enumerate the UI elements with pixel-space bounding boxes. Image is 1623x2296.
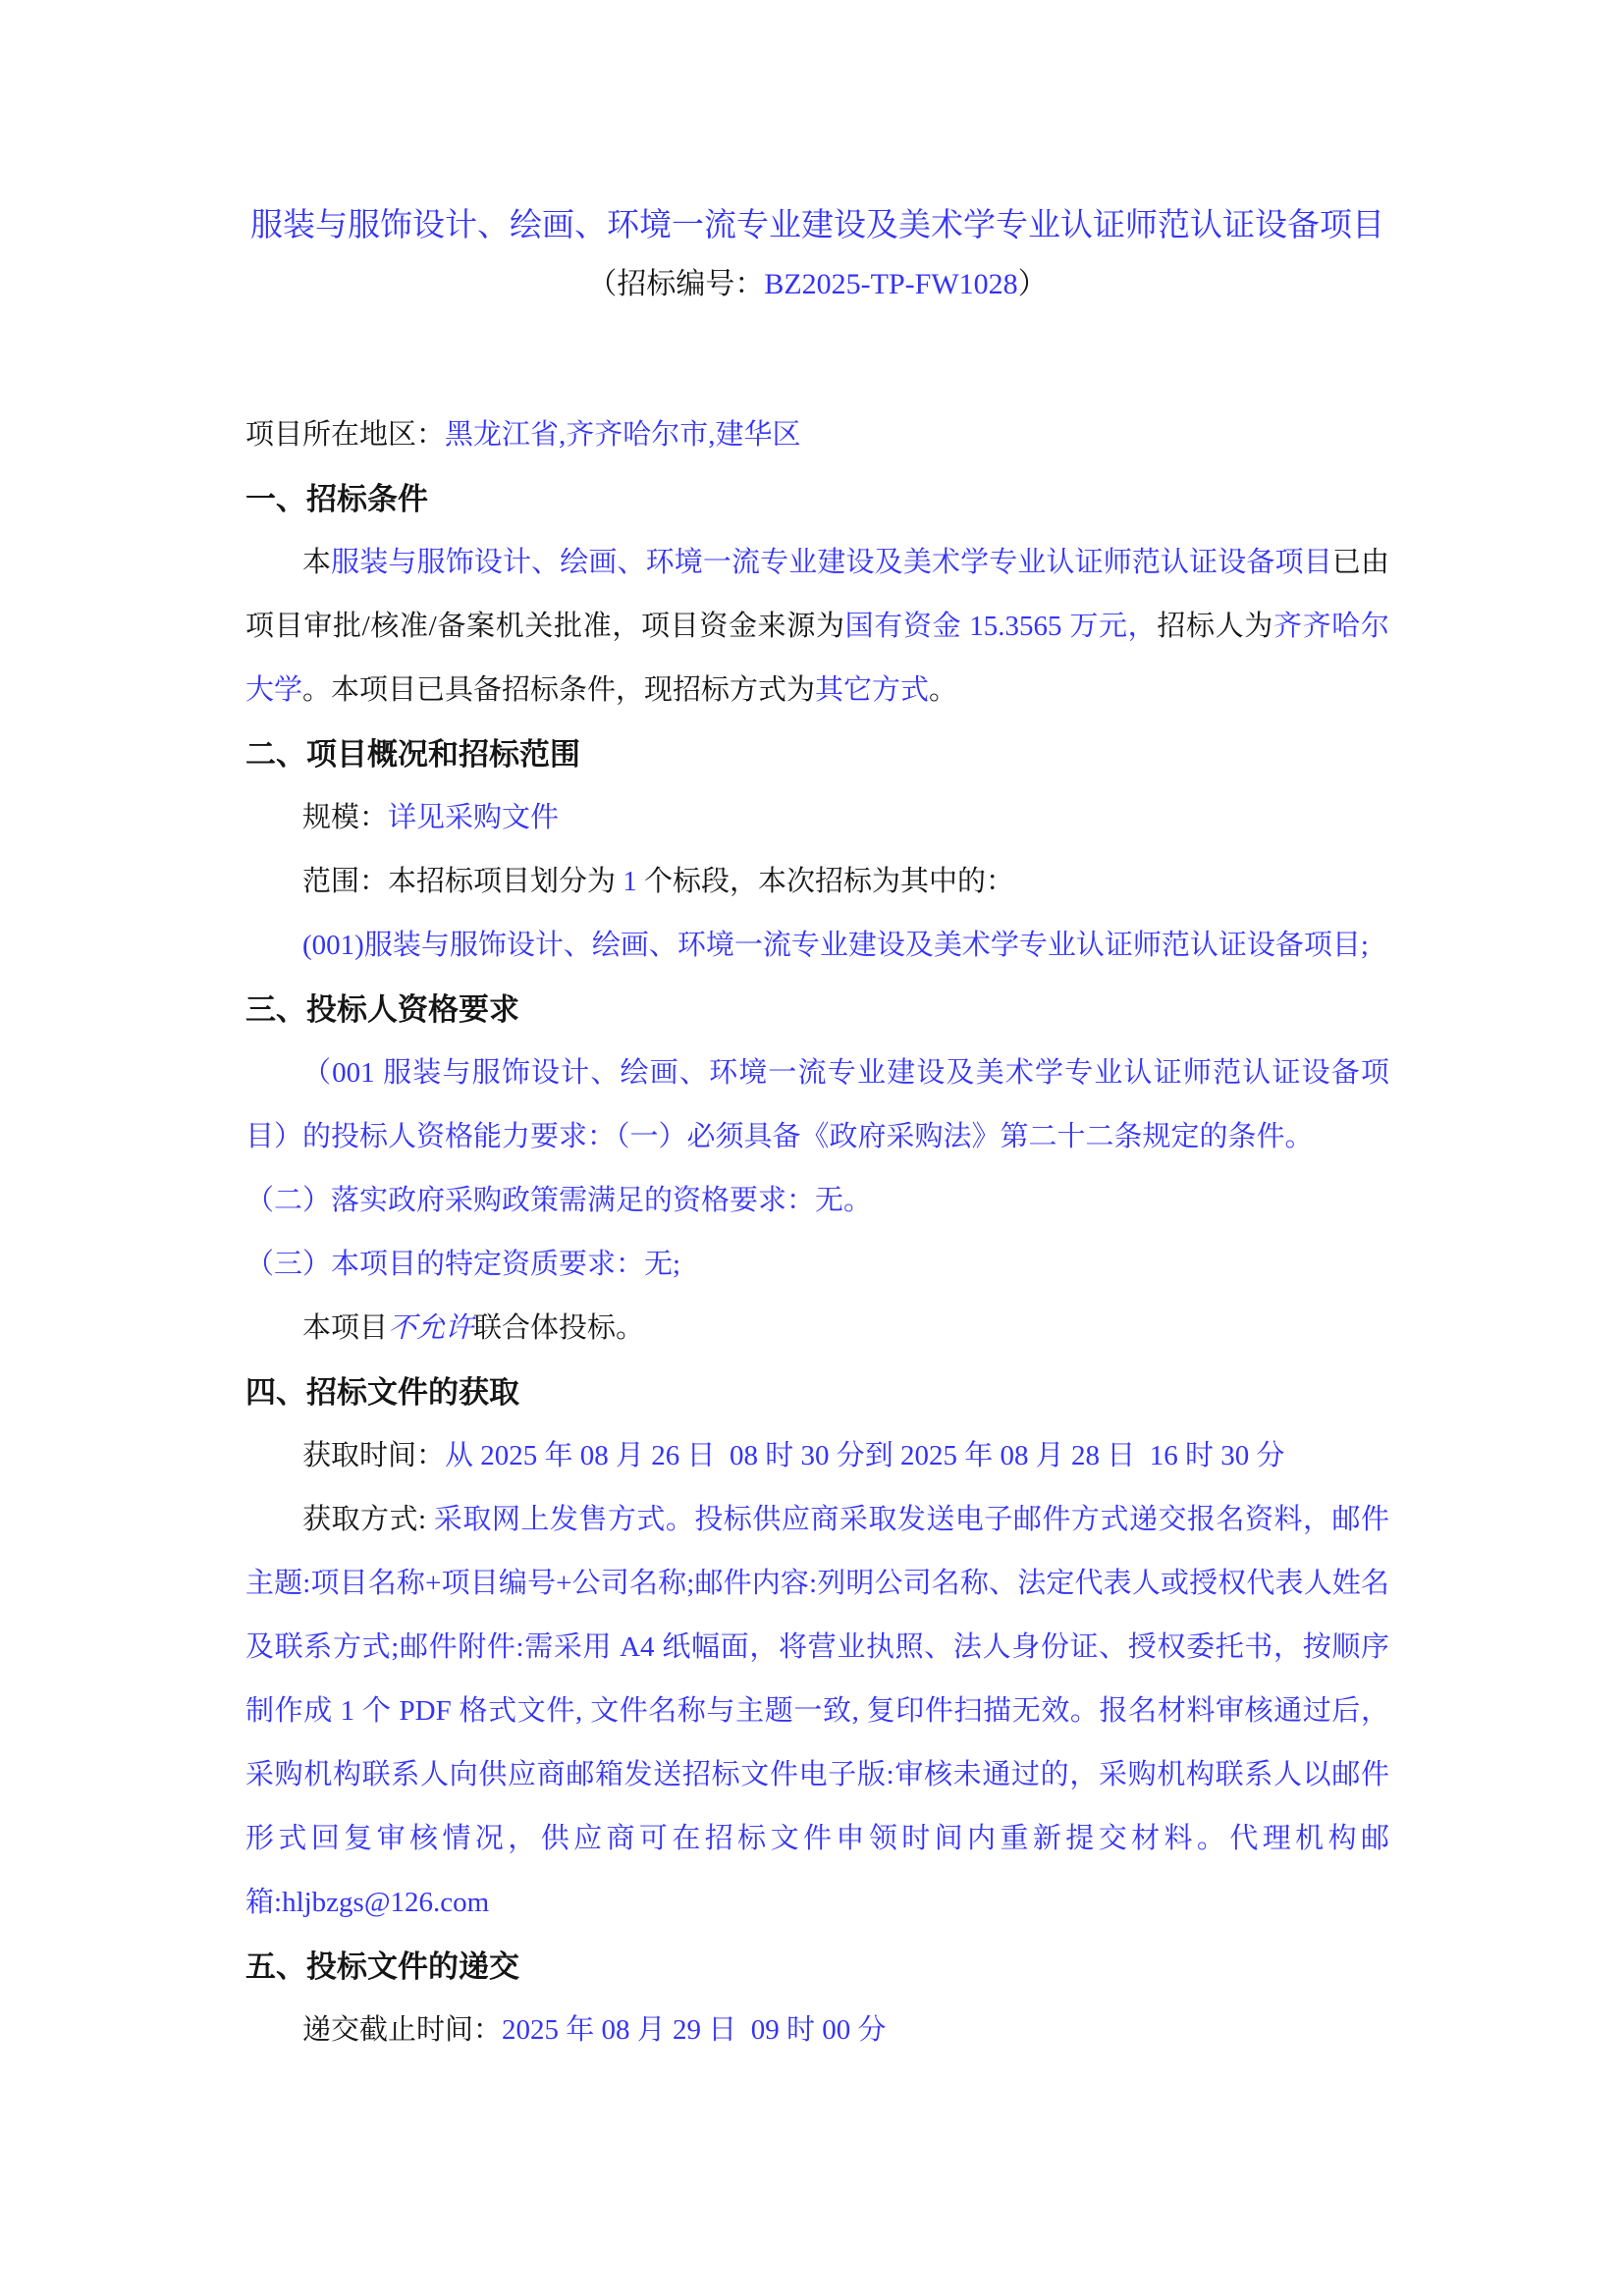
qualification-item-2-line: （二）落实政府采购政策需满足的资格要求：无。 bbox=[245, 1169, 1389, 1233]
obtain-time-line: 获取时间：从 2025 年 08 月 26 日 08 时 30 分到 2025 … bbox=[245, 1424, 1389, 1488]
section-2-heading-segment: 二、项目概况和招标范围 bbox=[245, 737, 580, 772]
submission-deadline-line-segment: 2025 年 08 月 29 日 09 时 00 分 bbox=[502, 2014, 887, 2046]
qualification-requirement-paragraph-segment: （001 服装与服饰设计、绘画、环境一流专业建设及美术学专业认证师范认证设备项目… bbox=[245, 1057, 1389, 1152]
scope-line-segment: 1 bbox=[622, 866, 637, 897]
tender-conditions-paragraph-segment: 其它方式 bbox=[815, 674, 929, 706]
section-3-heading: 三、投标人资格要求 bbox=[245, 978, 1389, 1041]
section-2-heading: 二、项目概况和招标范围 bbox=[245, 722, 1389, 786]
section-1-heading-segment: 一、招标条件 bbox=[245, 482, 428, 516]
lot-001-line-segment: (001)服装与服饰设计、绘画、环境一流专业建设及美术学专业认证师范认证设备项目… bbox=[302, 930, 1369, 961]
obtain-method-paragraph-segment: 获取方式: bbox=[302, 1504, 426, 1535]
consortium-line-segment: 不允许 bbox=[388, 1312, 473, 1344]
page-title: 服装与服饰设计、绘画、环境一流专业建设及美术学专业认证师范认证设备项目 bbox=[187, 201, 1448, 250]
section-4-heading-segment: 四、招标文件的获取 bbox=[245, 1375, 519, 1410]
scale-line-segment: 详见采购文件 bbox=[388, 802, 559, 833]
section-3-heading-segment: 三、投标人资格要求 bbox=[245, 992, 519, 1027]
section-4-heading: 四、招标文件的获取 bbox=[245, 1361, 1389, 1424]
tender-conditions-paragraph-segment: 招标人为 bbox=[1157, 611, 1273, 642]
submission-deadline-line: 递交截止时间：2025 年 08 月 29 日 09 时 00 分 bbox=[245, 1999, 1389, 2062]
section-1-heading: 一、招标条件 bbox=[245, 467, 1389, 531]
project-location-line-segment: 黑龙江省,齐齐哈尔市,建华区 bbox=[445, 419, 801, 451]
scope-line-segment: 范围：本招标项目划分为 bbox=[302, 866, 622, 897]
obtain-time-line-segment: 获取时间： bbox=[302, 1440, 445, 1471]
qualification-requirement-paragraph: （001 服装与服饰设计、绘画、环境一流专业建设及美术学专业认证师范认证设备项目… bbox=[245, 1041, 1389, 1169]
consortium-line-segment: 本项目 bbox=[302, 1312, 388, 1344]
tender-conditions-paragraph-segment: 国有资金 15.3565 万元， bbox=[845, 611, 1158, 642]
tender-number-line: （招标编号：BZ2025-TP-FW1028） bbox=[187, 256, 1448, 313]
obtain-method-paragraph-segment: hljbzgs@126.com bbox=[282, 1887, 489, 1918]
tender-announcement-page: 服装与服饰设计、绘画、环境一流专业建设及美术学专业认证师范认证设备项目 （招标编… bbox=[0, 0, 1623, 2296]
scale-line: 规模：详见采购文件 bbox=[245, 786, 1389, 850]
tender-number-close: ） bbox=[1018, 268, 1048, 300]
consortium-line-segment: 联合体投标。 bbox=[473, 1312, 644, 1344]
project-location-line: 项目所在地区：黑龙江省,齐齐哈尔市,建华区 bbox=[245, 403, 1389, 467]
tender-conditions-paragraph-segment: 本 bbox=[302, 547, 331, 578]
submission-deadline-line-segment: 递交截止时间： bbox=[302, 2014, 502, 2046]
section-5-heading: 五、投标文件的递交 bbox=[245, 1935, 1389, 1999]
scope-line-segment: 个标段，本次招标为其中的： bbox=[637, 866, 1014, 897]
section-5-heading-segment: 五、投标文件的递交 bbox=[245, 1949, 519, 1984]
consortium-line: 本项目不允许联合体投标。 bbox=[245, 1297, 1389, 1361]
tender-conditions-paragraph: 本服装与服饰设计、绘画、环境一流专业建设及美术学专业认证师范认证设备项目已由项目… bbox=[245, 531, 1389, 722]
document-body: 项目所在地区：黑龙江省,齐齐哈尔市,建华区一、招标条件本服装与服饰设计、绘画、环… bbox=[245, 403, 1389, 2062]
project-location-line-segment: 项目所在地区： bbox=[245, 419, 445, 451]
tender-number-label: （招标编号： bbox=[587, 268, 764, 300]
lot-001-line: (001)服装与服饰设计、绘画、环境一流专业建设及美术学专业认证师范认证设备项目… bbox=[245, 914, 1389, 978]
tender-conditions-paragraph-segment: 服装与服饰设计、绘画、环境一流专业建设及美术学专业认证师范认证设备项目 bbox=[331, 547, 1332, 578]
qualification-item-3-line: （三）本项目的特定资质要求：无; bbox=[245, 1233, 1389, 1297]
scope-line: 范围：本招标项目划分为 1 个标段，本次招标为其中的： bbox=[245, 850, 1389, 914]
obtain-method-paragraph: 获取方式: 采取网上发售方式。投标供应商采取发送电子邮件方式递交报名资料，邮件主… bbox=[245, 1488, 1389, 1935]
obtain-time-line-segment: 从 2025 年 08 月 26 日 08 时 30 分到 2025 年 08 … bbox=[445, 1440, 1285, 1471]
tender-conditions-paragraph-segment: 。 bbox=[929, 674, 957, 706]
qualification-item-3-line-segment: （三）本项目的特定资质要求：无; bbox=[245, 1249, 680, 1280]
tender-number-value: BZ2025-TP-FW1028 bbox=[764, 268, 1017, 300]
obtain-method-paragraph-segment: 采取网上发售方式。投标供应商采取发送电子邮件方式递交报名资料，邮件主题:项目名称… bbox=[245, 1504, 1389, 1918]
qualification-item-2-line-segment: （二）落实政府采购政策需满足的资格要求：无。 bbox=[245, 1185, 872, 1216]
tender-conditions-paragraph-segment: 。本项目已具备招标条件，现招标方式为 bbox=[302, 674, 815, 706]
scale-line-segment: 规模： bbox=[302, 802, 388, 833]
